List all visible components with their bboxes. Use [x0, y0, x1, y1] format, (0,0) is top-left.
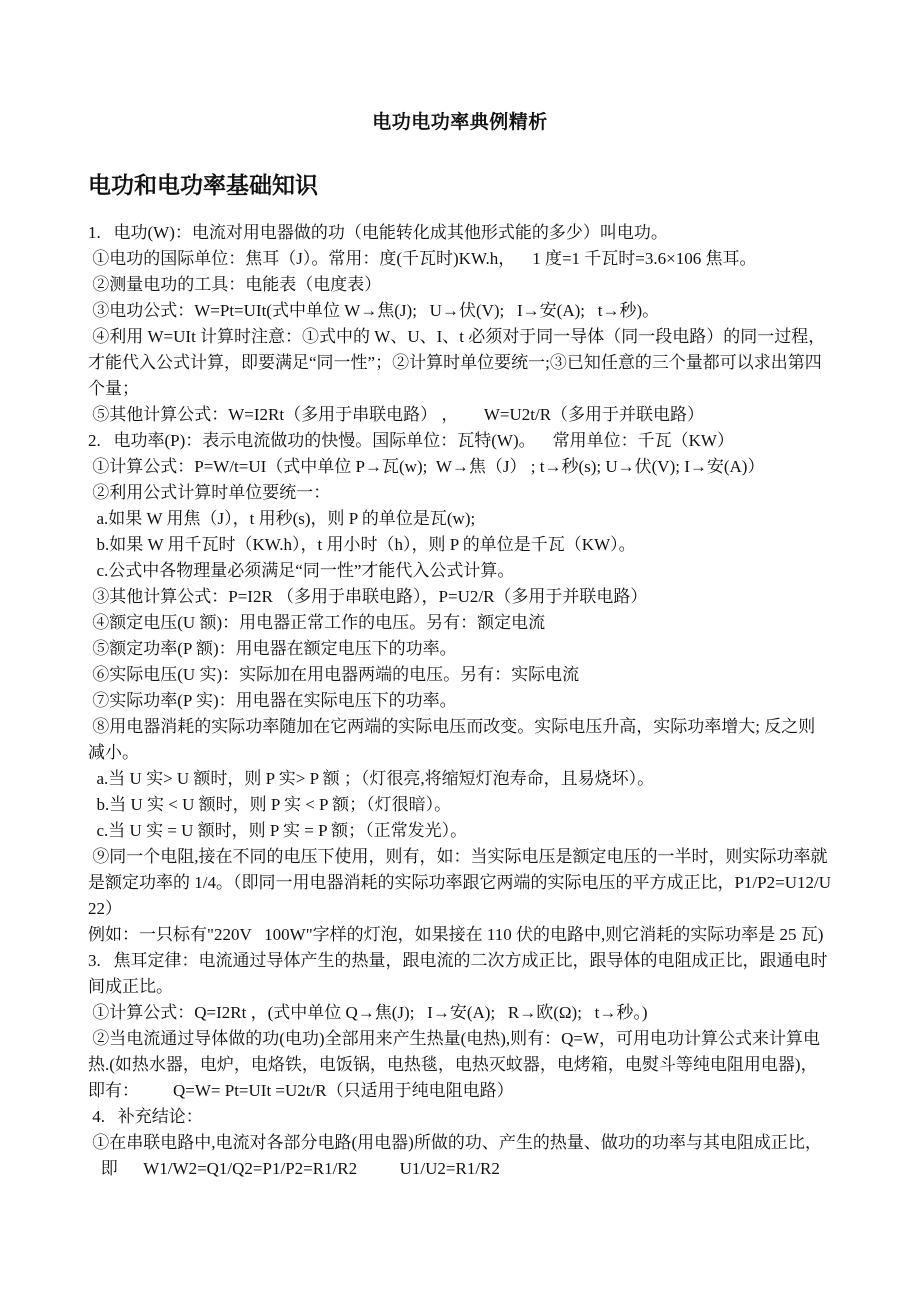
paragraph: 2. 电功率(P)：表示电流做功的快慢。国际单位：瓦特(W)。 常用单位：千瓦（… — [88, 428, 832, 454]
paragraph: ③其他计算公式：P=I2R （多用于串联电路），P=U2/R（多用于并联电路） — [88, 584, 832, 610]
paragraph: ④额定电压(U 额)：用电器正常工作的电压。另有：额定电流 — [88, 610, 832, 636]
paragraph: 例如：一只标有"220V 100W"字样的灯泡，如果接在 110 伏的电路中,则… — [88, 922, 832, 948]
paragraph: a.当 U 实> U 额时，则 P 实> P 额 ；（灯很亮,将缩短灯泡寿命，且… — [88, 766, 832, 792]
paragraph: ②当电流通过导体做的功(电功)全部用来产生热量(电热),则有：Q=W，可用电功计… — [88, 1026, 832, 1104]
section-heading: 电功和电功率基础知识 — [88, 170, 832, 202]
paragraph: ①计算公式：P=W/t=UI（式中单位 P→瓦(w); W→焦（J） ; t→秒… — [88, 454, 832, 480]
paragraph: ⑤其他计算公式：W=I2Rt（多用于串联电路） ， W=U2t/R（多用于并联电… — [88, 402, 832, 428]
paragraph: ②测量电功的工具：电能表（电度表） — [88, 272, 832, 298]
paragraph: 即 W1/W2=Q1/Q2=P1/P2=R1/R2 U1/U2=R1/R2 — [88, 1156, 832, 1182]
paragraph: c.公式中各物理量必须满足“同一性”才能代入公式计算。 — [88, 558, 832, 584]
paragraph: ①计算公式：Q=I2Rt ，(式中单位 Q→焦(J); I→安(A); R→欧(… — [88, 1000, 832, 1026]
paragraph: ⑥实际电压(U 实)：实际加在用电器两端的电压。另有：实际电流 — [88, 662, 832, 688]
paragraph: b.当 U 实 < U 额时，则 P 实 < P 额；（灯很暗）。 — [88, 792, 832, 818]
document-title: 电功电功率典例精析 — [88, 110, 832, 136]
paragraph: 1. 电功(W)：电流对用电器做的功（电能转化成其他形式能的多少）叫电功。 — [88, 220, 832, 246]
paragraph: ⑤额定功率(P 额)：用电器在额定电压下的功率。 — [88, 636, 832, 662]
paragraph: ⑧用电器消耗的实际功率随加在它两端的实际电压而改变。实际电压升高，实际功率增大;… — [88, 714, 832, 766]
paragraph: ②利用公式计算时单位要统一： — [88, 480, 832, 506]
paragraph: ⑨同一个电阻,接在不同的电压下使用，则有，如：当实际电压是额定电压的一半时，则实… — [88, 844, 832, 922]
paragraph: 3. 焦耳定律：电流通过导体产生的热量，跟电流的二次方成正比，跟导体的电阻成正比… — [88, 948, 832, 1000]
paragraph: a.如果 W 用焦（J），t 用秒(s)，则 P 的单位是瓦(w); — [88, 506, 832, 532]
paragraph: ⑦实际功率(P 实)：用电器在实际电压下的功率。 — [88, 688, 832, 714]
paragraph: 4. 补充结论： — [88, 1104, 832, 1130]
paragraph: ④利用 W=UIt 计算时注意：①式中的 W、U、I、t 必须对于同一导体（同一… — [88, 324, 832, 402]
paragraph: ①在串联电路中,电流对各部分电路(用电器)所做的功、产生的热量、做功的功率与其电… — [88, 1130, 832, 1156]
paragraph: ③电功公式：W=Pt=UIt(式中单位 W→焦(J); U→伏(V); I→安(… — [88, 298, 832, 324]
paragraph: c.当 U 实 = U 额时，则 P 实 = P 额；（正常发光）。 — [88, 818, 832, 844]
paragraph: b.如果 W 用千瓦时（KW.h），t 用小时（h），则 P 的单位是千瓦（KW… — [88, 532, 832, 558]
paragraph: ①电功的国际单位：焦耳（J）。常用：度(千瓦时)KW.h， 1 度=1 千瓦时=… — [88, 246, 832, 272]
document-body: 1. 电功(W)：电流对用电器做的功（电能转化成其他形式能的多少）叫电功。 ①电… — [88, 220, 832, 1182]
document-page: 电功电功率典例精析 电功和电功率基础知识 1. 电功(W)：电流对用电器做的功（… — [0, 0, 920, 1302]
